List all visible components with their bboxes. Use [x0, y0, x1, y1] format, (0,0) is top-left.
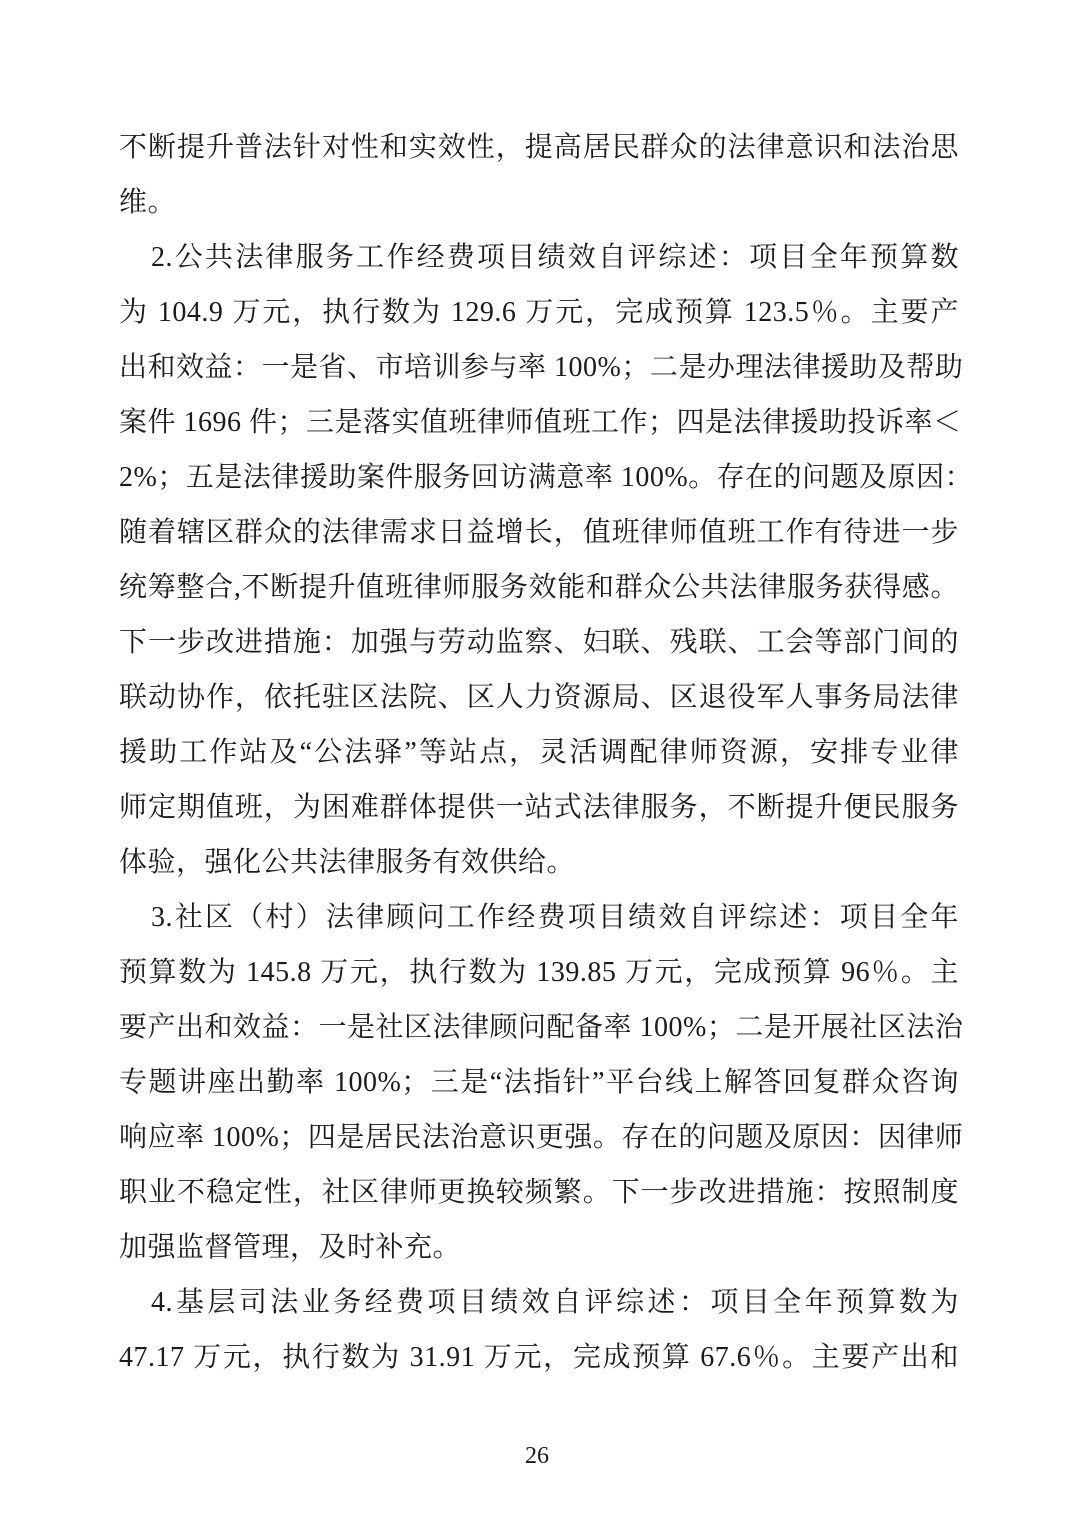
document-line: 出和效益：一是省、市培训参与率 100%；二是办理法律援助及帮助 [119, 340, 959, 395]
document-line: 2.公共法律服务工作经费项目绩效自评综述：项目全年预算数 [119, 230, 959, 285]
document-line: 援助工作站及“公法驿”等站点，灵活调配律师资源，安排专业律 [119, 725, 959, 780]
document-line: 联动协作，依托驻区法院、区人力资源局、区退役军人事务局法律 [119, 670, 959, 725]
document-line: 维。 [119, 175, 959, 230]
page-footer: 26 [0, 1438, 1074, 1474]
document-line: 4.基层司法业务经费项目绩效自评综述：项目全年预算数为 [119, 1275, 959, 1330]
document-line: 职业不稳定性，社区律师更换较频繁。下一步改进措施：按照制度 [119, 1165, 959, 1220]
document-line: 体验，强化公共法律服务有效供给。 [119, 835, 959, 890]
document-line: 案件 1696 件；三是落实值班律师值班工作；四是法律援助投诉率＜ [119, 395, 959, 450]
document-line: 响应率 100%；四是居民法治意识更强。存在的问题及原因：因律师 [119, 1110, 959, 1165]
document-line: 不断提升普法针对性和实效性，提高居民群众的法律意识和法治思 [119, 120, 959, 175]
document-line: 要产出和效益：一是社区法律顾问配备率 100%；二是开展社区法治 [119, 1000, 959, 1055]
page-number: 26 [525, 1443, 549, 1469]
document-line: 加强监督管理，及时补充。 [119, 1220, 959, 1275]
document-body: 不断提升普法针对性和实效性，提高居民群众的法律意识和法治思维。2.公共法律服务工… [119, 120, 959, 1385]
document-page: 不断提升普法针对性和实效性，提高居民群众的法律意识和法治思维。2.公共法律服务工… [0, 0, 1074, 1520]
document-line: 2%；五是法律援助案件服务回访满意率 100%。存在的问题及原因： [119, 450, 959, 505]
document-line: 下一步改进措施：加强与劳动监察、妇联、残联、工会等部门间的 [119, 615, 959, 670]
document-line: 专题讲座出勤率 100%；三是“法指针”平台线上解答回复群众咨询 [119, 1055, 959, 1110]
document-line: 随着辖区群众的法律需求日益增长，值班律师值班工作有待进一步 [119, 505, 959, 560]
document-line: 为 104.9 万元，执行数为 129.6 万元，完成预算 123.5％。主要产 [119, 285, 959, 340]
document-line: 师定期值班，为困难群体提供一站式法律服务，不断提升便民服务 [119, 780, 959, 835]
document-line: 统筹整合,不断提升值班律师服务效能和群众公共法律服务获得感。 [119, 560, 959, 615]
document-line: 47.17 万元，执行数为 31.91 万元，完成预算 67.6％。主要产出和 [119, 1330, 959, 1385]
document-line: 预算数为 145.8 万元，执行数为 139.85 万元，完成预算 96％。主 [119, 945, 959, 1000]
document-line: 3.社区（村）法律顾问工作经费项目绩效自评综述：项目全年 [119, 890, 959, 945]
